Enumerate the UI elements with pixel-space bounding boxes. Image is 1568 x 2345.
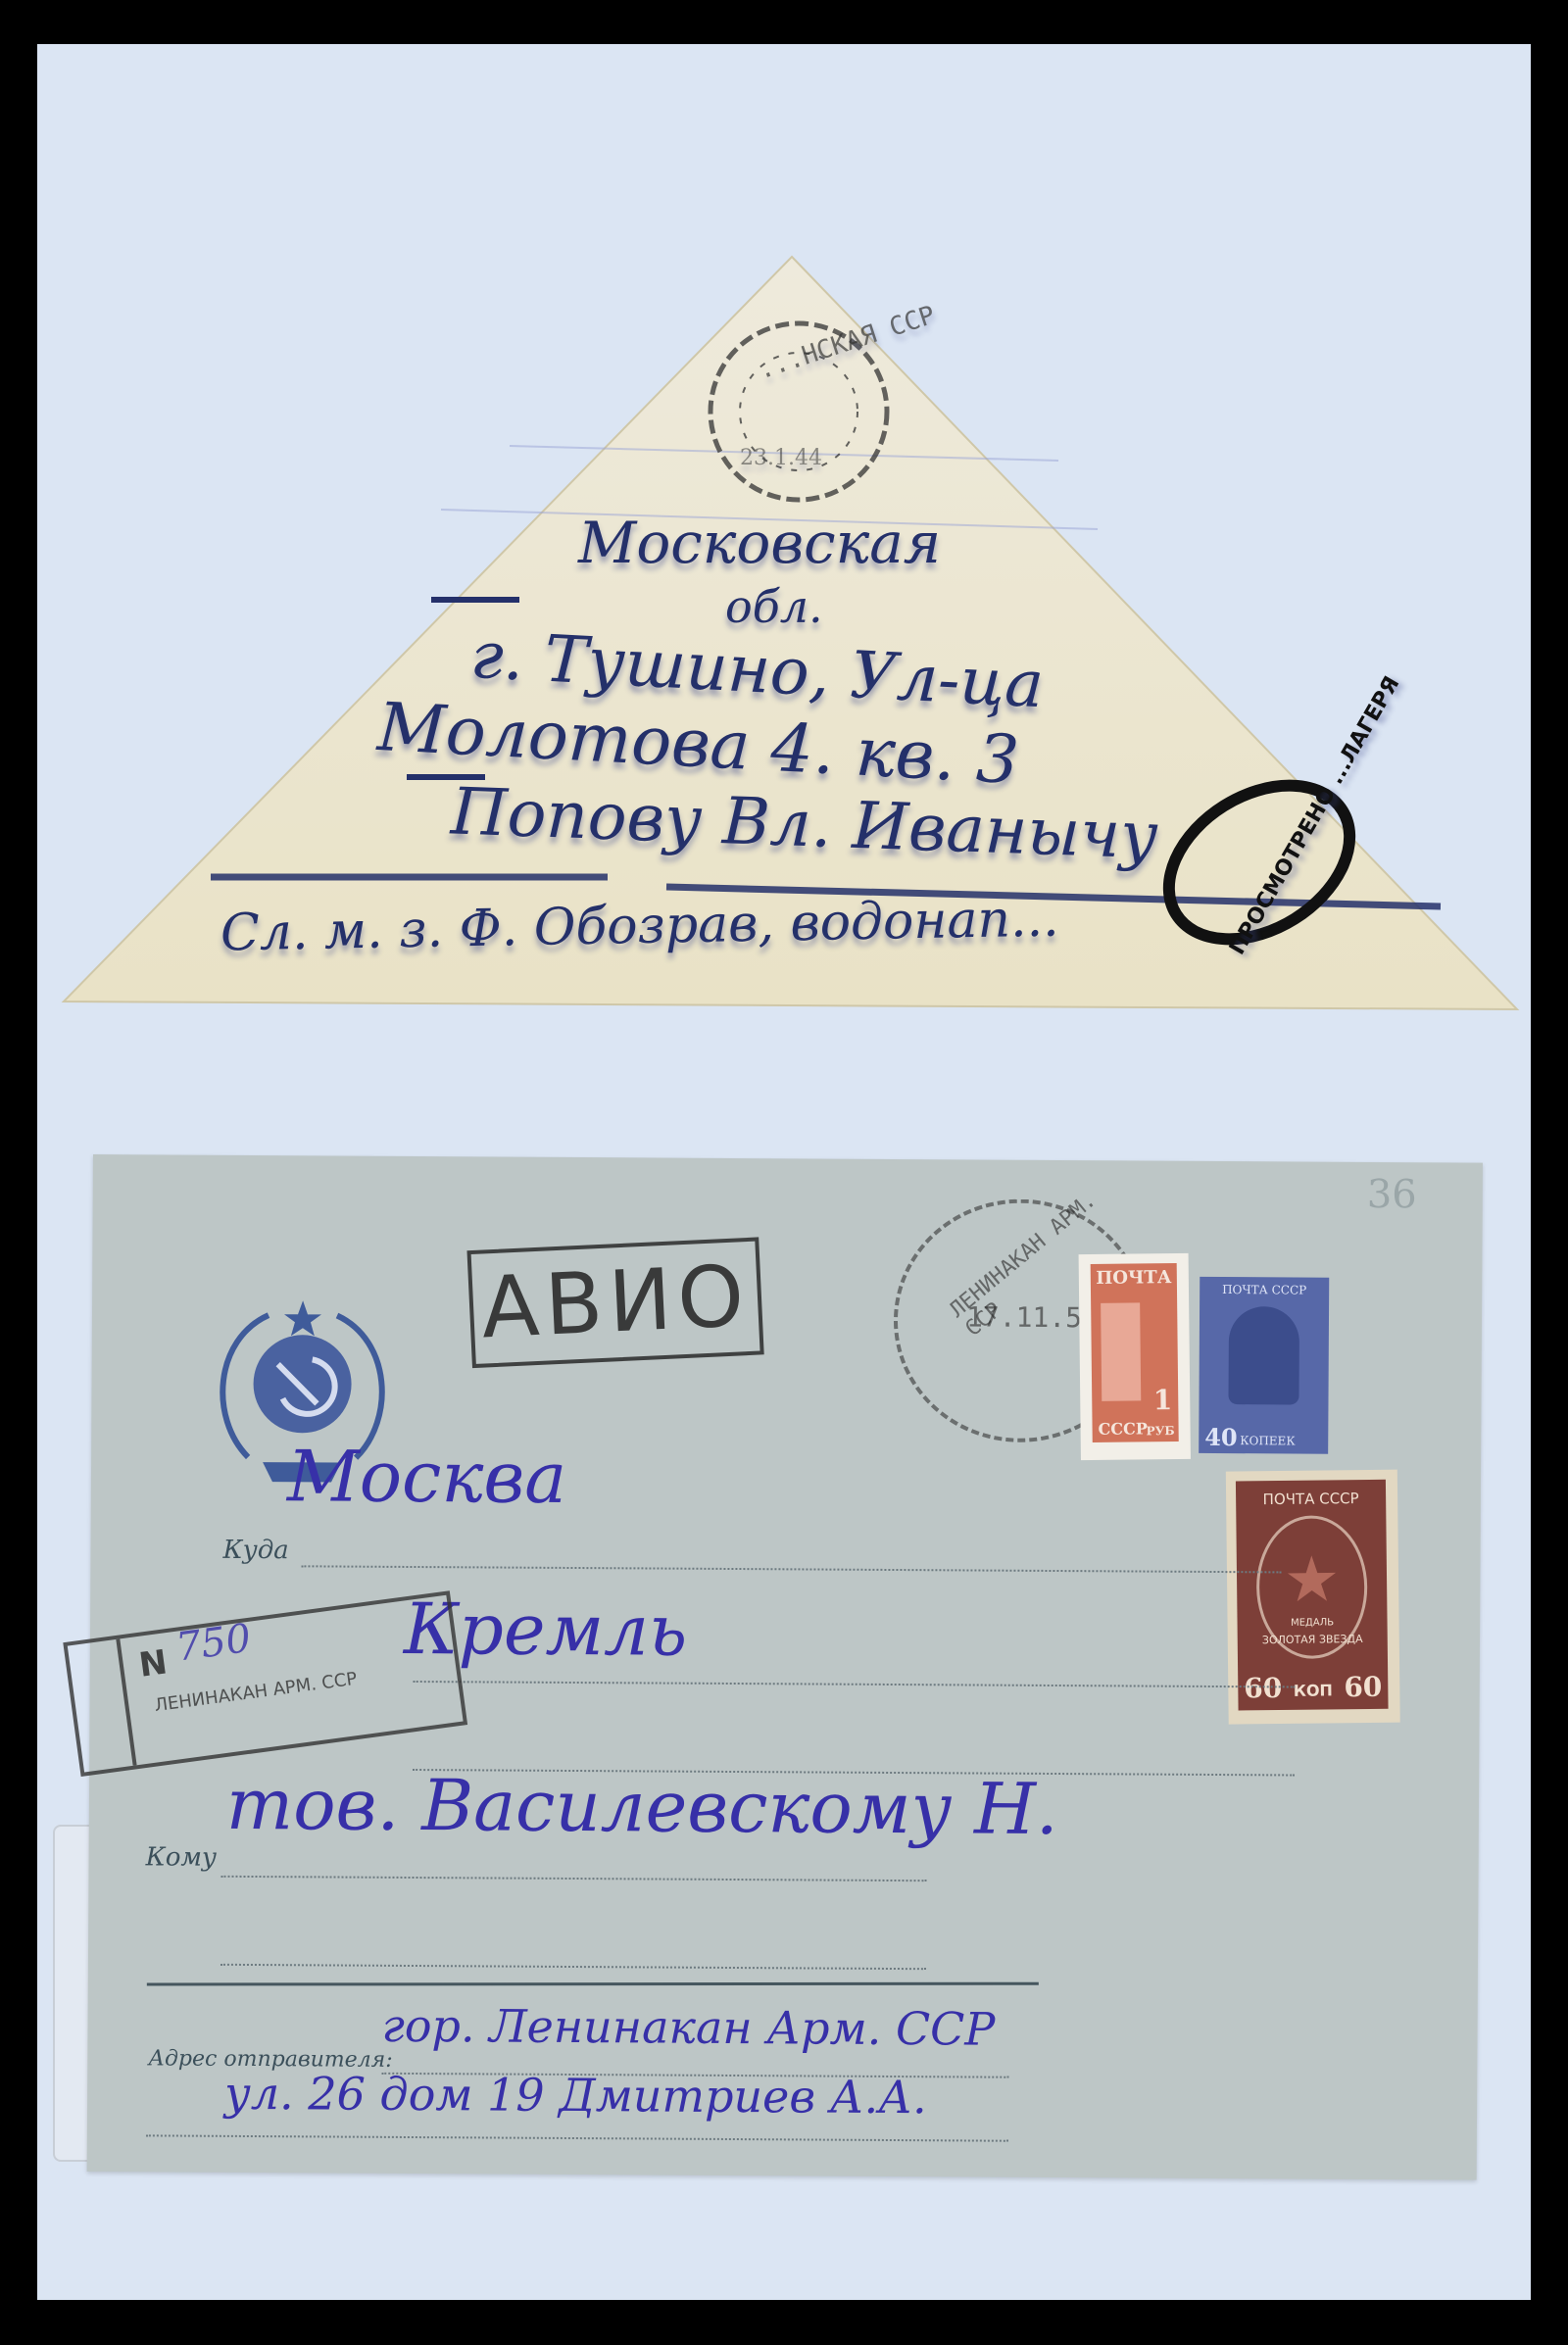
handwritten-to-whom: тов. Василевскому Н. [226, 1763, 1058, 1850]
stamp-2-unit: КОПЕЕК [1240, 1434, 1295, 1447]
line-to-where-2 [414, 1681, 1296, 1687]
triangle-postmark-date: 23.1.44 [740, 446, 822, 470]
label-to-where: Куда [222, 1536, 288, 1565]
pilot-portrait [1228, 1306, 1299, 1404]
stamp-2-header: ПОЧТА СССР [1200, 1277, 1329, 1297]
line-to-where-1 [301, 1565, 1281, 1573]
stamp-3-subtitle: МЕДАЛЬ [1238, 1617, 1388, 1630]
stamp-1-value: 1 [1153, 1384, 1173, 1416]
address-line-1: Московская [578, 510, 941, 576]
line-sender-2 [146, 2134, 1008, 2141]
line-to-whom-1 [220, 1876, 926, 1881]
stamp-40-kop: ПОЧТА СССР 40 КОПЕЕК [1199, 1277, 1329, 1454]
album-sleeve-edge [53, 1825, 90, 2162]
line-to-whom-2 [220, 1964, 926, 1970]
star-icon: ★ [1237, 1548, 1388, 1613]
registration-prefix: N [136, 1642, 170, 1685]
handwritten-sender-1: гор. Ленинакан Арм. ССР [381, 1999, 995, 2056]
stamp-2-value: 40 [1204, 1423, 1238, 1451]
stamp-1-footer: СССР [1098, 1419, 1147, 1439]
stamp-3-header: ПОЧТА СССР [1236, 1480, 1386, 1509]
stamp-3-value-right: 60 [1344, 1671, 1382, 1703]
stamp-1-header: ПОЧТА [1091, 1263, 1177, 1289]
envelope: 36 АВИО ЛЕНИНАКАН АРМ. ССР 17.11.50 ПОЧТ… [87, 1154, 1483, 2180]
separator-line [147, 1982, 1039, 1986]
stamp-1-unit: РУБ [1147, 1424, 1175, 1438]
registration-label: N 750 ЛЕНИНАКАН АРМ. ССР [63, 1590, 467, 1777]
registration-number: 750 [173, 1616, 254, 1671]
handwritten-to-where-1: Москва [287, 1435, 567, 1519]
stamp-1-rub: ПОЧТА 1 РУБ СССР [1079, 1253, 1191, 1460]
tower-graphic [1101, 1302, 1141, 1400]
registration-text: ЛЕНИНАКАН АРМ. ССР [153, 1669, 358, 1717]
label-to-whom: Кому [146, 1842, 218, 1872]
air-mail-mark: АВИО [466, 1237, 763, 1368]
address-line-2: обл. [725, 580, 823, 633]
handwritten-sender-2: ул. 26 дом 19 Дмитриев А.А. [224, 2067, 927, 2124]
stamp-3-title: ЗОЛОТАЯ ЗВЕЗДА [1238, 1633, 1388, 1647]
triangle-letter: ...НСКАЯ ССР 23.1.44 Московская обл. г. … [0, 0, 1568, 1078]
pencil-note: 36 [1367, 1172, 1417, 1217]
